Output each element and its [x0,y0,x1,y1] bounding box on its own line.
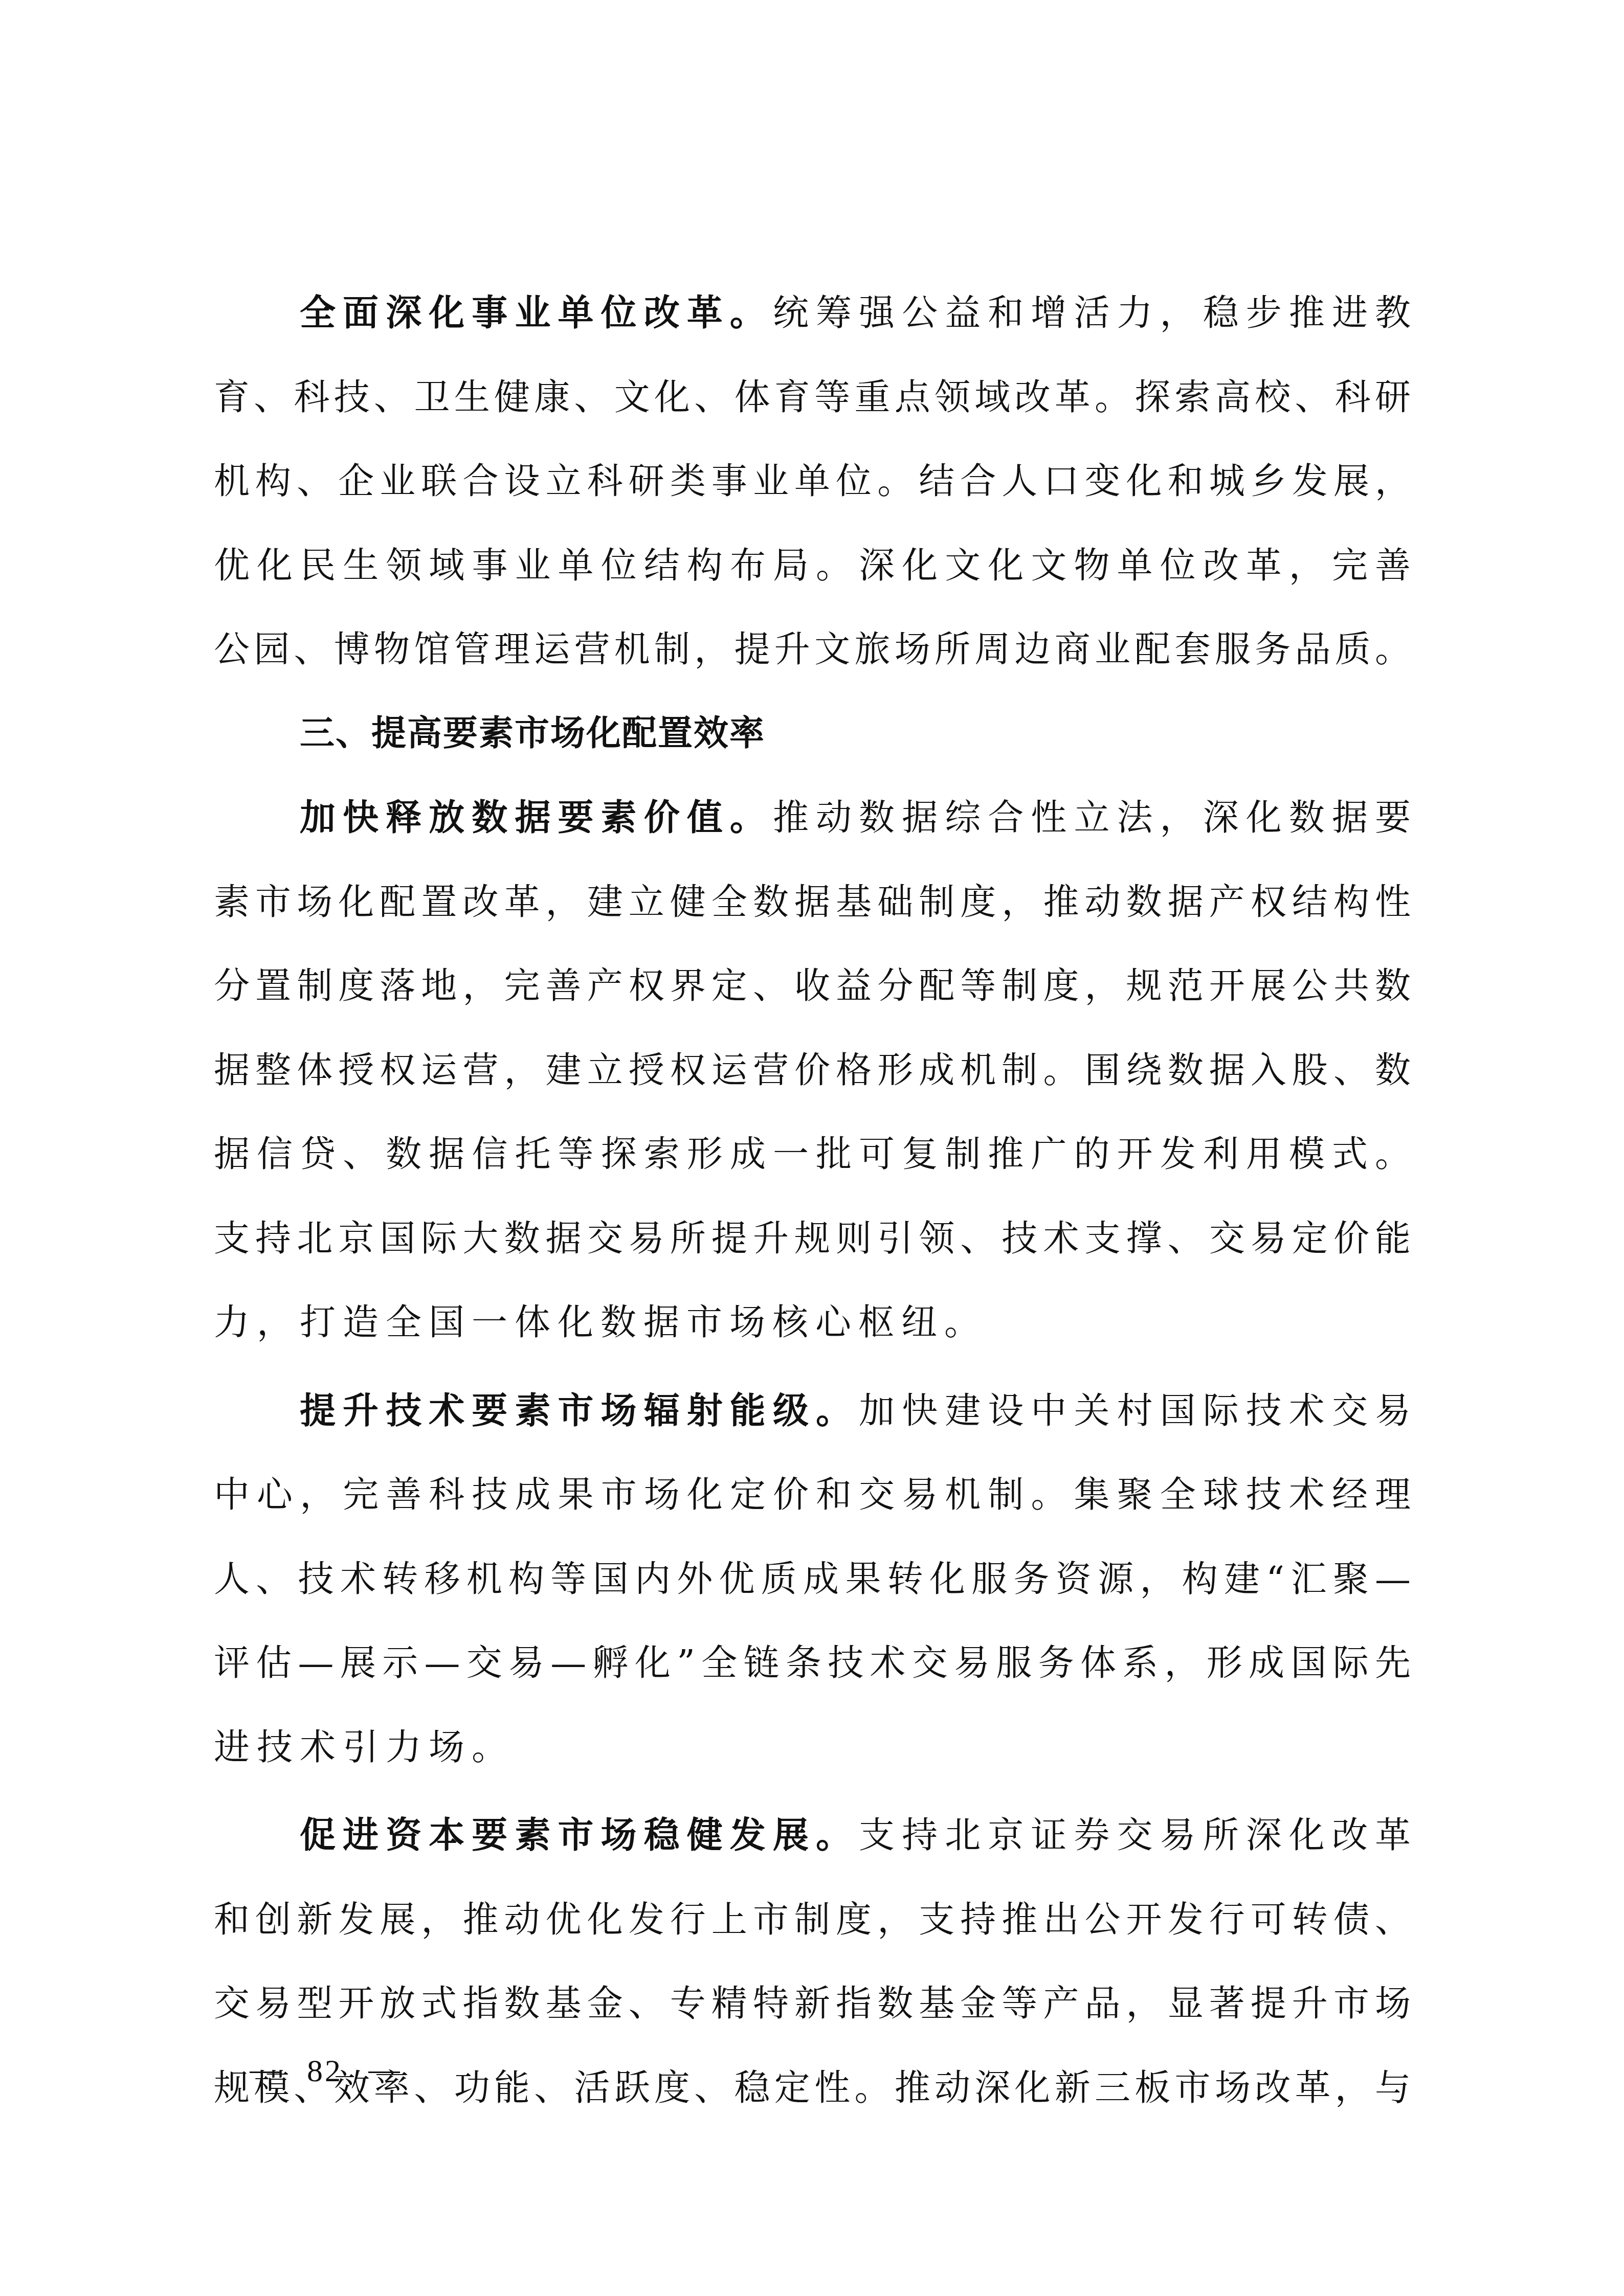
paragraph-line: 据信贷、数据信托等探索形成一批可复制推广的开发利用模式。 [214,1112,1411,1197]
document-page: 全面深化事业单位改革。统筹强公益和增活力，稳步推进教 育、科技、卫生健康、文化、… [0,0,1624,2296]
paragraph-gap [214,1365,1411,1369]
paragraph-line: 支持北京国际大数据交易所提升规则引领、技术支撑、交易定价能 [214,1197,1411,1281]
paragraph-line: 力，打造全国一体化数据市场核心枢纽。 [214,1280,1411,1365]
paragraph-line: 中心，完善科技成果市场化定价和交易机制。集聚全球技术经理 [214,1453,1411,1537]
paragraph-lead: 加快释放数据要素价值。 [300,796,773,839]
paragraph-line: 分置制度落地，完善产权界定、收益分配等制度，规范开展公共数 [214,944,1411,1028]
paragraph-line: 进技术引力场。 [214,1705,1411,1790]
paragraph-line: 优化民生领域事业单位结构布局。深化文化文物单位改革，完善 [214,524,1411,608]
paragraph-lead: 提升技术要素市场辐射能级。 [300,1389,859,1432]
page-number-dash-right [368,2072,400,2073]
paragraph-line: 和创新发展，推动优化发行上市制度，支持推出公开发行可转债、 [214,1878,1411,1962]
page-number-dash-left [250,2072,281,2073]
paragraph-line: 提升技术要素市场辐射能级。加快建设中关村国际技术交易 [214,1369,1411,1453]
paragraph-line: 促进资本要素市场稳健发展。支持北京证券交易所深化改革 [214,1793,1411,1878]
paragraph-text: 加快建设中关村国际技术交易 [859,1390,1411,1432]
paragraph-line: 育、科技、卫生健康、文化、体育等重点领域改革。探索高校、科研 [214,355,1411,440]
paragraph-gap [214,1789,1411,1793]
section-heading: 三、提高要素市场化配置效率 [214,692,1411,776]
paragraph-line: 人、技术转移机构等国内外优质成果转化服务资源，构建“汇聚— [214,1537,1411,1622]
paragraph-line: 据整体授权运营，建立授权运营价格形成机制。围绕数据入股、数 [214,1028,1411,1113]
paragraph-lead: 全面深化事业单位改革。 [300,291,773,334]
page-number-value: 82 [307,2043,343,2099]
page-number: 82 [250,2043,400,2099]
body-text: 全面深化事业单位改革。统筹强公益和增活力，稳步推进教 育、科技、卫生健康、文化、… [214,271,1411,2130]
paragraph-lead: 促进资本要素市场稳健发展。 [300,1814,859,1856]
paragraph-text: 推动数据综合性立法，深化数据要 [773,797,1411,839]
paragraph-line: 交易型开放式指数基金、专精特新指数基金等产品，显著提升市场 [214,1962,1411,2046]
paragraph-line: 全面深化事业单位改革。统筹强公益和增活力，稳步推进教 [214,271,1411,355]
paragraph-line: 机构、企业联合设立科研类事业单位。结合人口变化和城乡发展， [214,439,1411,524]
paragraph-text: 统筹强公益和增活力，稳步推进教 [773,292,1411,334]
paragraph-line: 素市场化配置改革，建立健全数据基础制度，推动数据产权结构性 [214,860,1411,944]
paragraph-line: 评估—展示—交易—孵化”全链条技术交易服务体系，形成国际先 [214,1621,1411,1705]
paragraph-text: 支持北京证券交易所深化改革 [859,1814,1411,1856]
paragraph-line: 公园、博物馆管理运营机制，提升文旅场所周边商业配套服务品质。 [214,607,1411,692]
paragraph-line: 加快释放数据要素价值。推动数据综合性立法，深化数据要 [214,776,1411,860]
